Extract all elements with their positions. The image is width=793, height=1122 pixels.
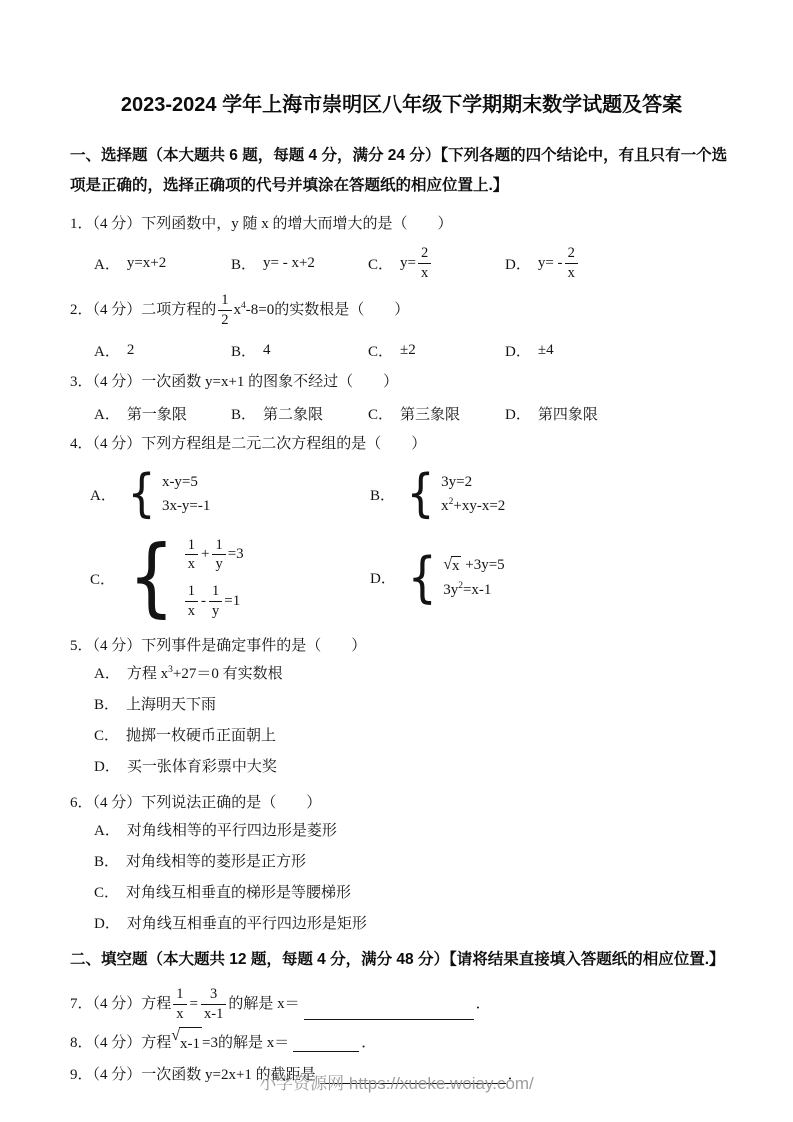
- equation-line: 3y=2: [441, 474, 505, 491]
- fraction-numerator: 2: [565, 245, 578, 264]
- stem-text: 8．（4 分）方程: [70, 1028, 171, 1058]
- option-label-c: C．: [368, 403, 393, 424]
- question-3-options: A．第一象限 B．第二象限 C．第三象限 D．第四象限: [70, 397, 733, 429]
- watermark-footer: 小学资源网 https://xueke.woiay.com/: [0, 1069, 793, 1094]
- section2-header: 二、填空题（本大题共 12 题，每题 4 分，满分 48 分）【请将结果直接填入…: [70, 945, 733, 975]
- question-3-stem: 3．（4 分）一次函数 y=x+1 的图象不经过（ ）: [70, 367, 733, 397]
- stem-text: ．: [476, 989, 491, 1019]
- question-5: 5．（4 分）下列事件是确定事件的是（ ） A．方程 x3+27＝0 有实数根 …: [70, 631, 733, 778]
- option-6c: C．对角线互相垂直的梯形是等腰梯形: [70, 883, 733, 904]
- option-text: 抛掷一枚硬币正面朝上: [126, 728, 276, 744]
- option-label-b: B．: [94, 697, 119, 713]
- option-label-c: C．: [94, 885, 119, 901]
- question-5-stem: 5．（4 分）下列事件是确定事件的是（ ）: [70, 631, 733, 661]
- formula-2d: ±4: [538, 342, 554, 359]
- system-brace: {: [407, 555, 436, 601]
- question-1-options: A．y=x+2 B．y= - x+2 C．y=2x D．y= -2x: [70, 239, 733, 287]
- option-4b: B． { 3y=2 x2+xy-x=2: [370, 472, 505, 516]
- question-6: 6．（4 分）下列说法正确的是（ ） A．对角线相等的平行四边形是菱形 B．对角…: [70, 788, 733, 935]
- option-label-a: A．: [94, 340, 120, 361]
- question-8: 8．（4 分）方程√x-1=3的解是 x＝．: [70, 1027, 733, 1059]
- option-label-d: D．: [505, 403, 531, 424]
- question-6-stem: 6．（4 分）下列说法正确的是（ ）: [70, 788, 733, 818]
- option-label-d: D．: [505, 253, 531, 274]
- fraction-denominator: 2: [218, 311, 231, 329]
- question-4: 4．（4 分）下列方程组是二元二次方程组的是（ ） A． { x-y=5 3x-…: [70, 429, 733, 623]
- stem-text: 7．（4 分）方程: [70, 989, 171, 1019]
- fraction: 2x: [565, 245, 578, 281]
- question-1: 1．（4 分）下列函数中，y 随 x 的增大而增大的是（ ） A．y=x+2 B…: [70, 209, 733, 287]
- fraction-denominator: x-1: [201, 1005, 226, 1023]
- radicand: x-1: [179, 1027, 202, 1059]
- fraction: 1x: [185, 583, 198, 619]
- option-2d: D．±4: [505, 340, 554, 361]
- answer-blank: [304, 1019, 474, 1020]
- option-label-d: D．: [94, 759, 120, 775]
- option-label-a: A．: [90, 484, 116, 505]
- option-text: 第三象限: [400, 403, 460, 424]
- stem-text: 2．（4 分）二项方程的: [70, 295, 216, 325]
- fraction: 1y: [212, 537, 225, 573]
- fraction: 1x: [173, 986, 186, 1022]
- option-label-b: B．: [94, 854, 119, 870]
- option-label-c: C．: [90, 568, 115, 589]
- option-2c: C．±2: [368, 340, 505, 361]
- option-text: 对角线相等的平行四边形是菱形: [127, 823, 337, 839]
- equation-line: x2+xy-x=2: [441, 498, 505, 515]
- fraction: 3x-1: [201, 986, 226, 1022]
- equals-sign: =: [190, 989, 198, 1019]
- equation-system: √x +3y=5 3y2=x-1: [443, 556, 504, 599]
- exam-title: 2023-2024 学年上海市崇明区八年级下学期期末数学试题及答案: [70, 88, 733, 117]
- option-label-d: D．: [370, 567, 396, 588]
- option-2b: B．4: [231, 340, 368, 361]
- fraction-numerator: 3: [201, 986, 226, 1005]
- fraction-denominator: x: [173, 1005, 186, 1023]
- question-2: 2．（4 分）二项方程的12x4-8=0的实数根是（ ） A．2 B．4 C．±…: [70, 287, 733, 367]
- option-label-d: D．: [94, 916, 120, 932]
- equation-system: 1x+1y=3 1x-1y=1: [183, 537, 244, 620]
- equation-line: 3y2=x-1: [443, 582, 504, 599]
- system-brace: {: [406, 472, 434, 516]
- option-text: +27＝0 有实数根: [173, 666, 283, 682]
- option-label-b: B．: [370, 484, 395, 505]
- option-label-b: B．: [231, 340, 256, 361]
- option-text: 对角线相等的菱形是正方形: [126, 854, 306, 870]
- formula-2c: ±2: [400, 342, 416, 359]
- fraction: 12: [218, 292, 231, 328]
- question-2-stem: 2．（4 分）二项方程的12x4-8=0的实数根是（ ）: [70, 287, 733, 333]
- question-2-options: A．2 B．4 C．±2 D．±4: [70, 333, 733, 367]
- radical: √x-1: [171, 1027, 202, 1059]
- stem-text: 的解是 x＝: [228, 989, 299, 1019]
- option-6d: D．对角线互相垂直的平行四边形是矩形: [70, 914, 733, 935]
- option-5d: D．买一张体育彩票中大奖: [70, 757, 733, 778]
- fraction: 1x: [185, 537, 198, 573]
- fraction-numerator: 1: [173, 986, 186, 1005]
- formula-text: y=: [400, 255, 416, 272]
- fraction-denominator: x: [565, 264, 578, 282]
- option-text: 上海明天下雨: [126, 697, 216, 713]
- formula-2b: 4: [263, 342, 271, 359]
- stem-text: ．: [361, 1028, 376, 1058]
- option-label-c: C．: [368, 253, 393, 274]
- formula-text: =3: [228, 546, 244, 563]
- option-text: 对角线互相垂直的平行四边形是矩形: [127, 916, 367, 932]
- formula-text: +3y=5: [461, 557, 504, 574]
- option-3b: B．第二象限: [231, 403, 368, 424]
- formula-1a: y=x+2: [127, 255, 166, 272]
- option-2a: A．2: [94, 340, 231, 361]
- option-label-a: A．: [94, 253, 120, 274]
- formula-text: =1: [224, 593, 240, 610]
- question-3: 3．（4 分）一次函数 y=x+1 的图象不经过（ ） A．第一象限 B．第二象…: [70, 367, 733, 429]
- equation-line: 1x+1y=3: [183, 537, 244, 573]
- option-1c: C．y=2x: [368, 245, 505, 281]
- option-text: 买一张体育彩票中大奖: [127, 759, 277, 775]
- option-4a: A． { x-y=5 3x-y=-1: [90, 472, 370, 516]
- fraction-numerator: 1: [218, 292, 231, 311]
- equation-line: √x +3y=5: [443, 556, 504, 575]
- option-3c: C．第三象限: [368, 403, 505, 424]
- question-4-options-row-1: A． { x-y=5 3x-y=-1 B． { 3y=2 x2+xy-x=2: [70, 463, 733, 525]
- answer-blank: [293, 1051, 359, 1052]
- equation-line: 1x-1y=1: [183, 583, 244, 619]
- option-label-a: A．: [94, 823, 120, 839]
- operator: -: [201, 593, 206, 610]
- system-brace: {: [127, 472, 155, 516]
- equation-system: x-y=5 3x-y=-1: [162, 474, 210, 515]
- radicand: x: [451, 556, 462, 575]
- radical: √x: [443, 556, 461, 575]
- question-1-stem: 1．（4 分）下列函数中，y 随 x 的增大而增大的是（ ）: [70, 209, 733, 239]
- option-text: 第二象限: [263, 403, 323, 424]
- option-4c: C． { 1x+1y=3 1x-1y=1: [90, 537, 370, 620]
- option-label-c: C．: [368, 340, 393, 361]
- option-label-b: B．: [231, 253, 256, 274]
- exam-document-page: 2023-2024 学年上海市崇明区八年级下学期期末数学试题及答案 一、选择题（…: [0, 0, 793, 1122]
- option-text: 第一象限: [127, 403, 187, 424]
- formula-1c: y=2x: [400, 245, 433, 281]
- option-3d: D．第四象限: [505, 403, 598, 424]
- option-6b: B．对角线相等的菱形是正方形: [70, 852, 733, 873]
- question-7: 7．（4 分）方程1x=3x-1的解是 x＝．: [70, 981, 733, 1027]
- option-label-a: A．: [94, 403, 120, 424]
- option-5a: A．方程 x3+27＝0 有实数根: [70, 664, 733, 685]
- formula-text: x4-8=0: [234, 295, 275, 325]
- equation-system: 3y=2 x2+xy-x=2: [441, 474, 505, 515]
- option-label-b: B．: [231, 403, 256, 424]
- equation-line: x-y=5: [162, 474, 210, 491]
- operator: +: [201, 546, 209, 563]
- stem-text: =3的解是 x＝: [202, 1028, 289, 1058]
- option-label-c: C．: [94, 728, 119, 744]
- section1-header: 一、选择题（本大题共 6 题，每题 4 分，满分 24 分）【下列各题的四个结论…: [70, 141, 733, 201]
- fraction: 1y: [209, 583, 222, 619]
- option-1a: A．y=x+2: [94, 253, 231, 274]
- option-text: 方程 x: [127, 666, 168, 682]
- option-3a: A．第一象限: [94, 403, 231, 424]
- formula-text: y= -: [538, 255, 563, 272]
- system-brace: {: [128, 541, 175, 614]
- option-label-d: D．: [505, 340, 531, 361]
- option-label-a: A．: [94, 666, 120, 682]
- option-5c: C．抛掷一枚硬币正面朝上: [70, 726, 733, 747]
- option-4d: D． { √x +3y=5 3y2=x-1: [370, 555, 505, 601]
- option-6a: A．对角线相等的平行四边形是菱形: [70, 821, 733, 842]
- option-text: 对角线互相垂直的梯形是等腰梯形: [126, 885, 351, 901]
- fraction-denominator: x: [418, 264, 431, 282]
- formula-1d: y= -2x: [538, 245, 580, 281]
- fraction: 2x: [418, 245, 431, 281]
- option-text: 第四象限: [538, 403, 598, 424]
- option-1b: B．y= - x+2: [231, 253, 368, 274]
- question-4-stem: 4．（4 分）下列方程组是二元二次方程组的是（ ）: [70, 429, 733, 459]
- stem-text: 的实数根是（ ）: [274, 295, 409, 325]
- fraction-numerator: 2: [418, 245, 431, 264]
- equation-line: 3x-y=-1: [162, 498, 210, 515]
- formula-2a: 2: [127, 342, 135, 359]
- option-5b: B．上海明天下雨: [70, 695, 733, 716]
- formula-1b: y= - x+2: [263, 255, 315, 272]
- question-4-options-row-2: C． { 1x+1y=3 1x-1y=1 D． { √x +3y=5 3y2=x…: [70, 533, 733, 623]
- option-1d: D．y= -2x: [505, 245, 580, 281]
